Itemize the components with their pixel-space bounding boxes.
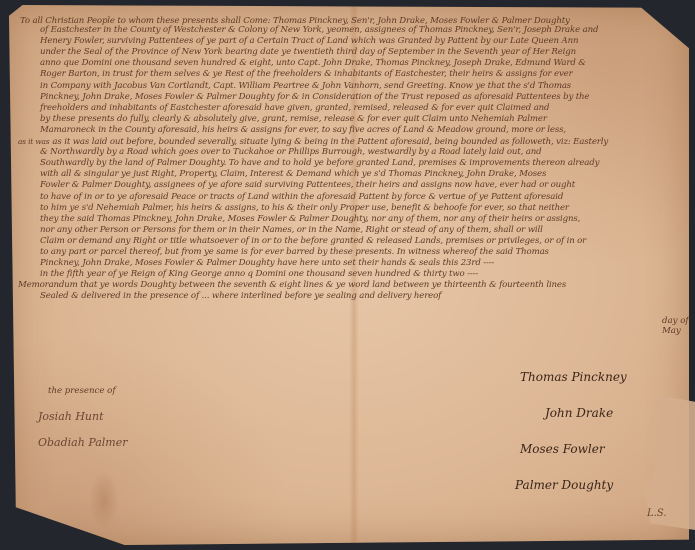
grantor-signatures: Thomas Pinckney John Drake Moses Fowler … <box>520 370 627 514</box>
deed-line: to him ye s'd Nehemiah Palmer, his heirs… <box>18 203 673 214</box>
margin-note: as it was <box>18 137 49 146</box>
deed-line: in the fifth year of ye Reign of King Ge… <box>18 269 673 280</box>
deed-line: Pinckney, John Drake, Moses Fowler & Pal… <box>18 92 673 103</box>
deed-line: Sealed & delivered in the presence of ..… <box>18 291 673 302</box>
deed-line: Southwardly by the land of Palmer Dought… <box>18 158 673 169</box>
deed-line: Claim or demand any Right or title whats… <box>18 236 673 247</box>
deed-line: anno que Domini one thousand seven hundr… <box>18 58 673 69</box>
deed-line: they the said Thomas Pinckney, John Drak… <box>18 214 673 225</box>
witness-label: the presence of <box>38 386 128 396</box>
date-phrase: day of May <box>662 316 695 336</box>
deed-body: To all Christian People to whom these pr… <box>18 14 673 302</box>
deed-line: Memorandum that ye words Doughty between… <box>18 280 673 291</box>
deed-line: nor any other Person or Persons for them… <box>18 225 673 236</box>
deed-line: as it wasas it was laid out before, boun… <box>18 136 673 147</box>
deed-line: with all & singular ye just Right, Prope… <box>18 169 673 180</box>
witness-signature: Josiah Hunt <box>38 410 128 423</box>
deed-line: To all Christian People to whom these pr… <box>18 14 673 25</box>
signature-john-drake: John Drake <box>545 406 627 420</box>
signature-palmer-doughty: Palmer Doughty <box>515 478 627 492</box>
deed-line: Fowler & Palmer Doughty, assignees of ye… <box>18 180 673 191</box>
witness-signature: Obadiah Palmer <box>38 436 128 449</box>
signature-moses-fowler: Moses Fowler <box>520 442 627 456</box>
scan-frame: To all Christian People to whom these pr… <box>0 0 695 550</box>
deed-line: of Eastchester in the County of Westches… <box>18 25 673 36</box>
deed-line: under the Seal of the Province of New Yo… <box>18 47 673 58</box>
deed-line: to any part or parcel thereof, but from … <box>18 247 673 258</box>
deed-line: to have of in or to ye aforesaid Peace o… <box>18 192 673 203</box>
deed-line: & Northwardly by a Road which goes over … <box>18 147 673 158</box>
witness-block: the presence of Josiah Hunt Obadiah Palm… <box>38 386 128 462</box>
deed-line: freeholders and inhabitants of Eastchest… <box>18 103 673 114</box>
deed-line: Pinckney, John Drake, Moses Fowler & Pal… <box>18 258 673 269</box>
water-stain <box>89 470 119 530</box>
signature-thomas-pinckney: Thomas Pinckney <box>520 370 627 384</box>
deed-line: Henery Fowler, surviving Pattentees of y… <box>18 36 673 47</box>
deed-line: Mamaroneck in the County aforesaid, his … <box>18 125 673 136</box>
deed-line: in Company with Jacobus Van Cortlandt, C… <box>18 81 673 92</box>
deed-line: Roger Barton, in trust for them selves &… <box>18 69 673 80</box>
seal-mark: L.S. <box>647 508 667 519</box>
deed-line: by these presents do fully, clearly & ab… <box>18 114 673 125</box>
